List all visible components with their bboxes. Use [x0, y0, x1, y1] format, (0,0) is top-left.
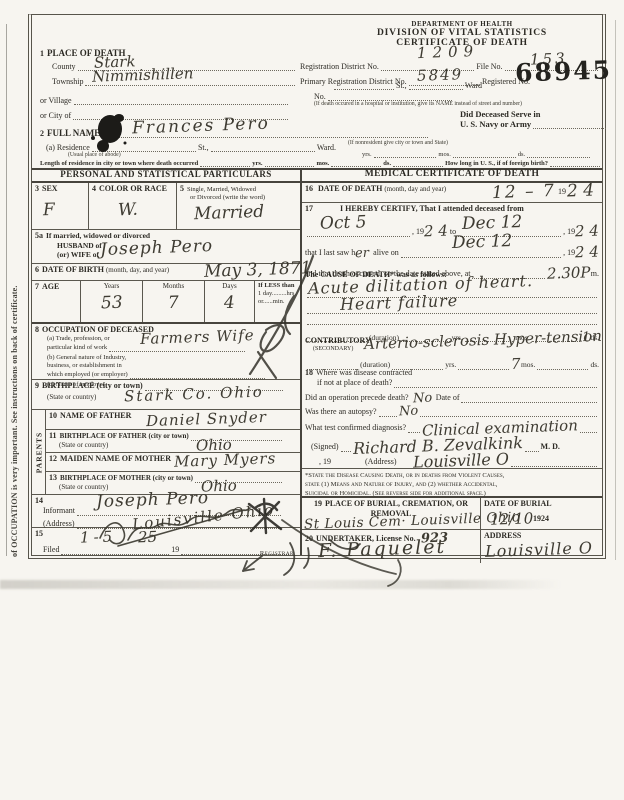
filed-year-value: 25: [138, 530, 158, 546]
field-number: 9: [35, 381, 39, 391]
occupation-value: Farmers Wife: [140, 328, 255, 347]
registration-district-label: Registration District No.: [300, 62, 379, 71]
field-number: 4: [92, 184, 96, 193]
filed-label: Filed: [43, 545, 59, 555]
certificate-header-block: DEPARTMENT OF HEALTH DIVISION OF VITAL S…: [32, 15, 602, 170]
ds-label: ds.: [383, 160, 391, 167]
yrs-label: yrs.: [362, 151, 372, 158]
field-number: 15: [35, 529, 43, 538]
yrs-label: yrs.: [252, 160, 262, 167]
hospital-note: (If death occured in a hospital or insti…: [314, 101, 609, 107]
year-printed: , 19: [563, 227, 575, 237]
signed-field: (Signed) Richard B. Zevalkink M. D.: [302, 434, 602, 453]
footnote-line-2: state (1) Means and Nature of Injury, an…: [305, 481, 599, 490]
file-no-label: File No.: [476, 62, 502, 71]
parents-label: PARENTS: [35, 429, 44, 477]
signed-address-value: Louisville O: [412, 451, 508, 470]
undertaker-address-value: Louisville O: [485, 540, 593, 560]
field-number: 13: [49, 473, 57, 483]
filed-year-printed: 19: [171, 545, 179, 555]
attended-to-year: 2 4: [575, 224, 599, 240]
spouse-value: Joseph Pero: [100, 238, 214, 259]
undertaker-row: 20UNDERTAKER, License No. 923 F. Paquele…: [302, 530, 602, 563]
foreign-birth-label: How long in U. S., if of foreign birth?: [445, 160, 548, 167]
personal-particulars-column: PERSONAL AND STATISTICAL PARTICULARS 3SE…: [32, 168, 300, 555]
informant-label: Informant: [43, 506, 75, 516]
scan-right-edge: [615, 20, 616, 560]
occupation-b1: (b) General nature of Industry,: [47, 354, 297, 362]
age-row: 7AGE Years 53 Months 7 Days 4 If LESS th…: [32, 281, 300, 324]
signed-address-field: , 19 (Address) Louisville O: [302, 453, 602, 469]
medical-certificate-column: MEDICAL CERTIFICATE OF DEATH 16 DATE OF …: [300, 168, 602, 555]
signed-address-label: (Address): [365, 457, 397, 467]
filed-value: 1-5: [80, 529, 117, 545]
months-label: Months: [146, 282, 201, 291]
year-printed: , 19: [412, 227, 424, 237]
burial-label-1: PLACE OF BURIAL, CREMATION, OR: [325, 499, 468, 508]
adjacent-page-edge: [6, 24, 7, 556]
disease-contracted-field: 18Where was disease contracted if not at…: [302, 367, 602, 389]
saw-year: 2 4: [575, 245, 599, 261]
saw-label-2: alive on: [373, 248, 399, 258]
field-number: 10: [49, 411, 57, 420]
residence-ward-label: Ward.: [317, 143, 336, 152]
ds-label: ds.: [518, 151, 525, 158]
sex-label: SEX: [42, 184, 58, 193]
township-value: Nimmishillen: [92, 66, 194, 85]
field-number: 19: [314, 499, 322, 508]
registrar-label: Registrar: [260, 550, 294, 558]
filed-field: 15 Filed 19 1-5 25 Registrar: [32, 528, 300, 559]
medical-section-title: MEDICAL CERTIFICATE OF DEATH: [302, 168, 602, 183]
autopsy-value: No: [398, 405, 418, 419]
age-days-value: 4: [224, 295, 235, 312]
birth-label: DATE OF BIRTH: [42, 265, 104, 274]
cause-writing-line-3: [307, 314, 597, 325]
field-number: 14: [35, 496, 43, 505]
saw-label-1: that I last saw h: [305, 248, 355, 258]
parents-block: PARENTS 10NAME OF FATHER Daniel Snyder 1…: [32, 410, 300, 495]
sex-field: 3SEX F: [32, 183, 88, 229]
age-months-cell: Months 7: [142, 281, 204, 322]
certify-line-1: I HEREBY CERTIFY, That I attended deceas…: [340, 204, 524, 213]
navy-label-1: Did Deceased Serve in: [460, 109, 541, 119]
signed-year-label: , 19: [319, 457, 331, 467]
occupation-b3-line: which employed (or employer): [47, 370, 267, 379]
operation-label: Did an operation precede death?: [305, 393, 409, 403]
race-field: 4COLOR OR RACE W.: [88, 183, 176, 229]
marital-field: 5Single, Married, Widowed or Divorced (w…: [176, 183, 300, 229]
full-name-value: Frances Pero: [132, 116, 270, 138]
year-printed: 19: [558, 187, 566, 197]
signed-label: (Signed): [311, 442, 339, 452]
field-number: 16: [305, 184, 313, 193]
father-label: NAME OF FATHER: [60, 411, 131, 420]
registration-district-value: 1209: [417, 44, 480, 61]
field-number: 18: [305, 368, 313, 377]
navy-army-label: U. S. Navy or Army: [460, 119, 531, 129]
certificate-card: DEPARTMENT OF HEALTH DIVISION OF VITAL S…: [28, 14, 606, 559]
undertaker-field: 20UNDERTAKER, License No. 923 F. Paquele…: [302, 530, 480, 563]
occupation-field: 8OCCUPATION OF DECEASED (a) Trade, profe…: [32, 324, 300, 380]
undertaker-value: F. Paquelet: [318, 538, 447, 561]
st-label: St.,: [396, 81, 407, 90]
sex-race-marital-row: 3SEX F 4COLOR OR RACE W. 5Single, Marrie…: [32, 183, 300, 230]
date-of-death-sublabel: (month, day and year): [384, 185, 446, 193]
race-label: COLOR OR RACE: [99, 184, 167, 193]
date-of-death-value: 12 – 7: [492, 183, 556, 202]
mos-label: mos.: [438, 151, 450, 158]
occupation-label: OCCUPATION OF DECEASED: [42, 325, 154, 334]
test-field: What test confirmed diagnosis? Clinical …: [302, 418, 602, 434]
birth-sublabel: (month, day, and year): [106, 266, 169, 274]
field-number: 17: [305, 204, 313, 213]
marital-label-2: or Divorced (write the word): [190, 194, 297, 202]
field-number: 3: [35, 184, 39, 193]
burial-date-field: DATE OF BURIAL 12/10 1924: [480, 498, 602, 529]
year-printed: , 19: [563, 248, 575, 258]
occupation-b3: which employed (or employer): [47, 371, 128, 379]
residence-st-label: St.,: [198, 143, 209, 152]
father-name-field: 10NAME OF FATHER Daniel Snyder: [46, 410, 300, 430]
township-label: Township: [52, 77, 83, 86]
foreign-units-line: yrs. mos. ds.: [362, 149, 592, 158]
residence-label: (a) Residence: [46, 143, 90, 152]
less-label-2: 1 day.........hrs.: [258, 290, 297, 298]
occupation-b2: business, or establishment in: [47, 362, 297, 370]
father-birthplace-sublabel: (State or country): [59, 441, 297, 450]
date-of-death-year-value: 2 4: [567, 183, 595, 201]
date-of-death-label: DATE OF DEATH: [318, 184, 382, 193]
race-value: W.: [118, 202, 138, 220]
section-number: 1: [40, 49, 44, 58]
hospital-no-line: No.: [314, 92, 454, 101]
father-name-value: Daniel Snyder: [146, 410, 267, 429]
date-of-birth-field: 6DATE OF BIRTH (month, day, and year) Ma…: [32, 264, 300, 281]
age-field: 7AGE: [32, 281, 80, 322]
age-less-than-day-cell: If LESS than 1 day.........hrs. or......…: [254, 281, 300, 322]
footnote-block: *State the Disease Causing Death, or in …: [302, 469, 602, 498]
department-header: DEPARTMENT OF HEALTH: [362, 20, 562, 28]
certify-block: 17 I HEREBY CERTIFY, That I attended dec…: [302, 203, 602, 269]
cause-of-death-block: The CAUSE OF DEATH* was as follows: Acut…: [302, 269, 602, 335]
field-number: 6: [35, 265, 39, 274]
parents-vertical-label: PARENTS: [32, 410, 46, 494]
autopsy-field: Was there an autopsy? No: [302, 404, 602, 418]
saw-pronoun-hw: er: [355, 247, 369, 260]
informant-field: 14 Informant (Address) Joseph Pero Louis…: [32, 495, 300, 528]
marital-label-1: Single, Married, Widowed: [187, 186, 256, 193]
less-label-3: or......min.: [258, 298, 297, 306]
village-line: or Village: [40, 96, 290, 105]
age-months-value: 7: [168, 295, 179, 312]
age-years-value: 53: [100, 294, 122, 312]
scan-smudge-band: [0, 580, 562, 589]
autopsy-label: Was there an autopsy?: [305, 407, 377, 417]
mother-label: MAIDEN NAME OF MOTHER: [60, 454, 171, 463]
field-number: 8: [35, 325, 39, 334]
margin-instruction-note: of OCCUPATION is very important. See ins…: [10, 135, 19, 557]
st-ward-line: St., Ward: [332, 81, 482, 90]
burial-place-field: 19PLACE OF BURIAL, CREMATION, OR REMOVAL…: [302, 498, 480, 529]
burial-date-value: 12/10: [490, 511, 534, 527]
sex-value: F: [43, 202, 55, 219]
contracted-line-2: if not at place of death?: [317, 378, 392, 388]
test-label: What test confirmed diagnosis?: [305, 423, 406, 433]
residence-line: (a) Residence St., Ward.: [46, 143, 336, 152]
nonresident-note: (If nonresident give city or town and St…: [348, 140, 618, 146]
attended-to-value: Dec 12: [462, 214, 523, 233]
village-label: or Village: [40, 96, 72, 105]
field-number: 7: [35, 282, 39, 291]
field-number: 12: [49, 454, 57, 463]
age-years-cell: Years 53: [80, 281, 142, 322]
days-label: Days: [208, 282, 251, 291]
operation-date-label: Date of: [436, 393, 460, 403]
field-number: 20: [305, 534, 313, 543]
section-number: 2: [40, 129, 44, 138]
saw-date-value: Dec 12: [452, 233, 513, 252]
field-number: 11: [49, 431, 57, 441]
footnote-line-1: *State the Disease Causing Death, or in …: [305, 472, 599, 481]
no-label: No.: [314, 92, 326, 101]
birth-value: May 3, 1871: [204, 260, 312, 281]
attended-from-value: Oct 5: [320, 214, 367, 233]
division-header: DIVISION OF VITAL STATISTICS: [347, 28, 577, 38]
age-days-cell: Days 4: [204, 281, 254, 322]
field-number: 5a: [35, 231, 43, 240]
birthplace-field: 9BIRTHPLACE (city or town) (State or cou…: [32, 380, 300, 410]
city-label: or City of: [40, 111, 71, 120]
full-name-label: FULL NAME: [47, 128, 100, 138]
cause-value-2: Heart failure: [340, 293, 459, 313]
contributory-block: CONTRIBUTORY (SECONDARY) Arterio-scleros…: [302, 335, 602, 367]
length-of-residence-line: Length of residence in city or town wher…: [40, 158, 602, 167]
age-label: AGE: [42, 282, 59, 291]
mother-name-value: Mary Myers: [174, 451, 277, 470]
years-label: Years: [84, 282, 139, 291]
mother-birthplace-label: BIRTHPLACE OF MOTHER (city or town): [60, 474, 193, 483]
contracted-line-1: Where was disease contracted: [316, 368, 412, 377]
less-label-1: If LESS than: [258, 282, 297, 290]
operation-field: Did an operation precede death? No Date …: [302, 389, 602, 404]
attended-from-year: 2 4: [424, 224, 448, 240]
mother-name-field: 12MAIDEN NAME OF MOTHER Mary Myers: [46, 453, 300, 472]
navy-label-2: U. S. Navy or Army: [460, 119, 608, 129]
burial-date-label: DATE OF BURIAL: [484, 499, 599, 509]
burial-row: 19PLACE OF BURIAL, CREMATION, OR REMOVAL…: [302, 498, 602, 530]
registered-no-stamp: 68945: [515, 57, 613, 85]
personal-section-title: PERSONAL AND STATISTICAL PARTICULARS: [32, 168, 300, 183]
occupation-a2: particular kind of work: [47, 344, 107, 352]
scanned-death-certificate: { "margin_note": "of OCCUPATION is very …: [0, 0, 624, 800]
field-number: 5: [180, 184, 184, 193]
mos-label: mos.: [316, 160, 329, 167]
burial-date-year: 1924: [533, 514, 549, 524]
informant-value: Joseph Pero: [96, 490, 210, 511]
undertaker-address-field: ADDRESS Louisville O: [480, 530, 602, 563]
father-birthplace-label: BIRTHPLACE OF FATHER (city or town): [60, 432, 189, 441]
ward-label: Ward: [465, 81, 482, 90]
md-label: M. D.: [541, 442, 560, 452]
date-of-death-field: 16 DATE OF DEATH (month, day and year) 1…: [302, 183, 602, 203]
county-label: County: [52, 62, 76, 71]
marital-value: Married: [194, 204, 265, 223]
length-label: Length of residence in city or town wher…: [40, 160, 198, 167]
